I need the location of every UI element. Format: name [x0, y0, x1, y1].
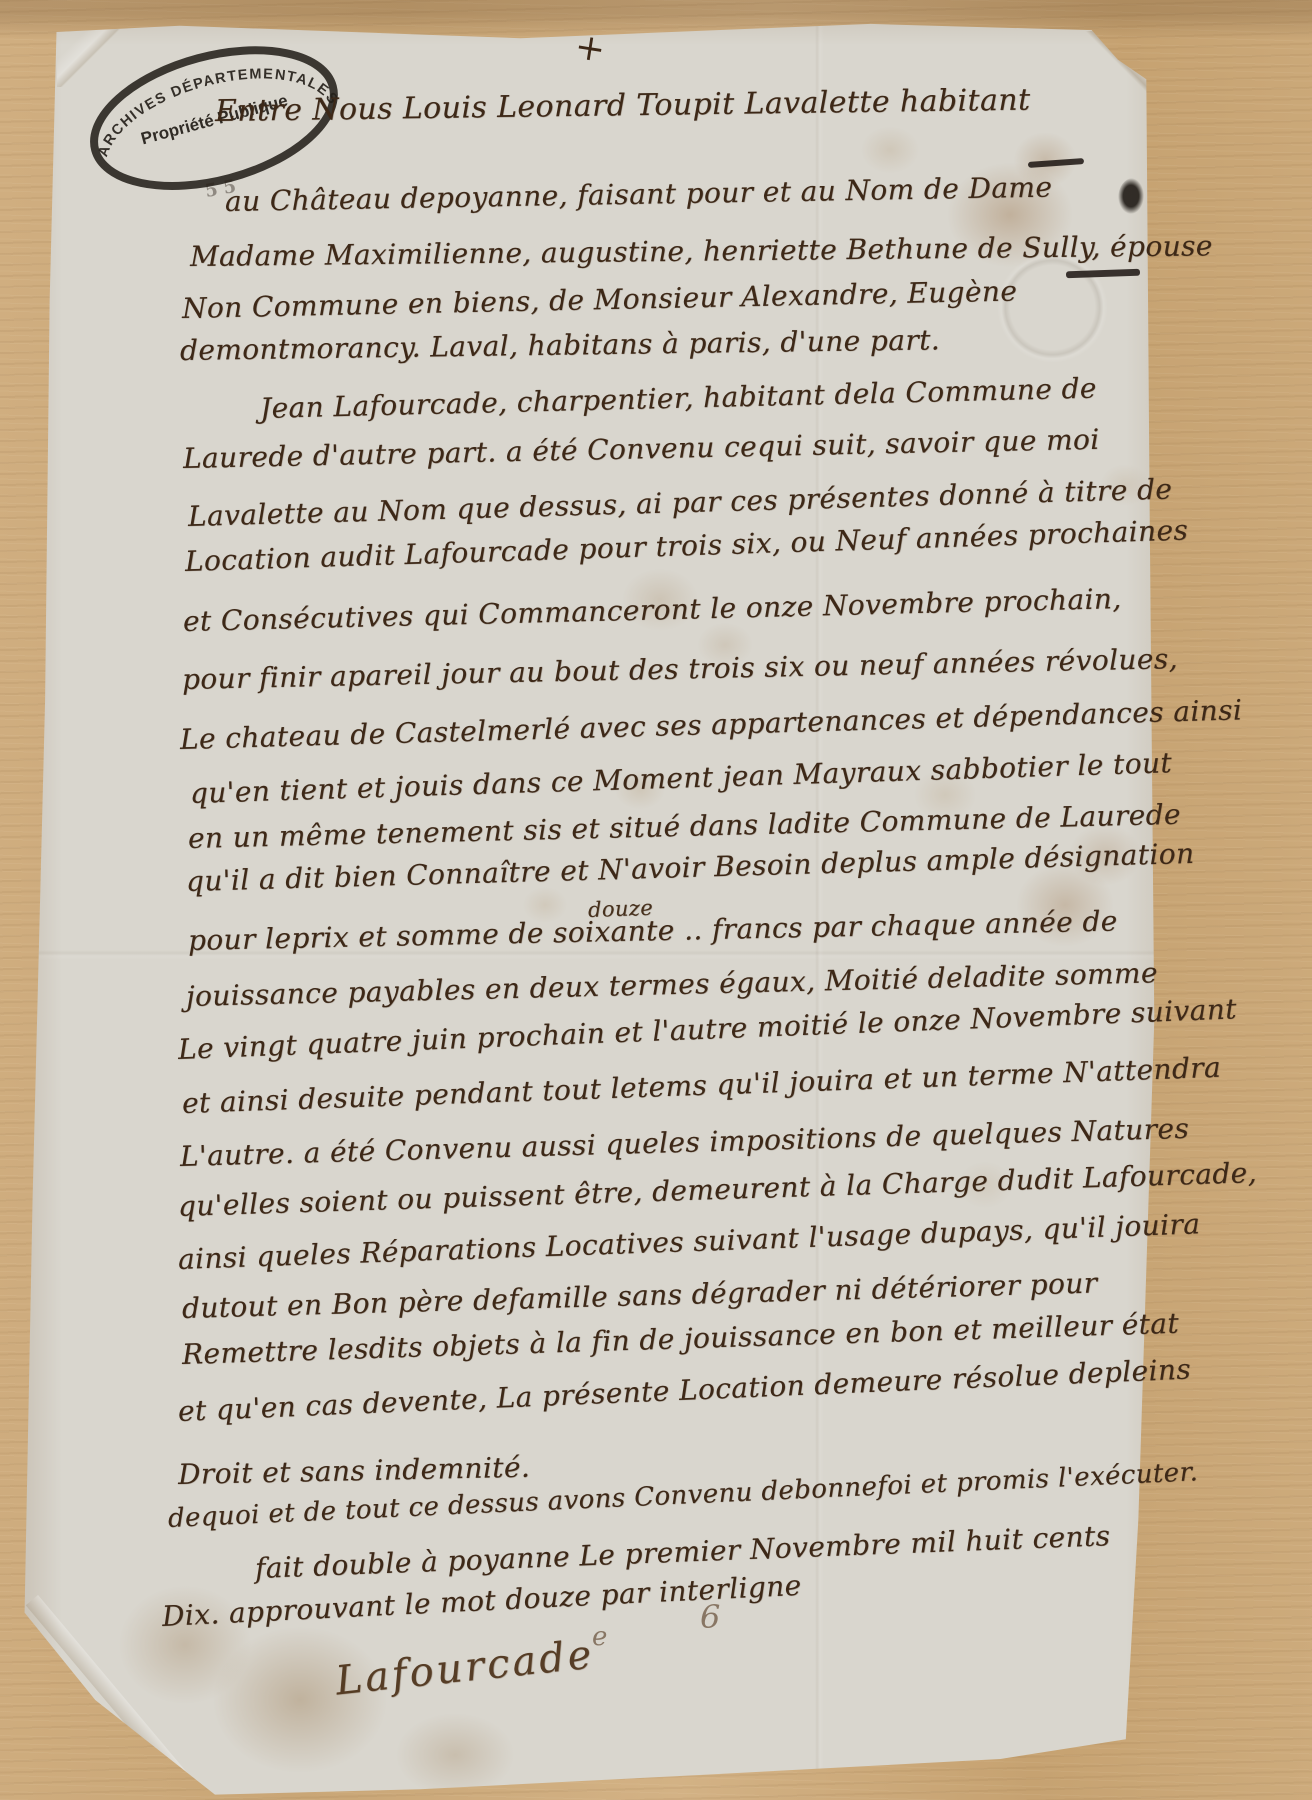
caret-mark: e: [592, 1622, 607, 1652]
paper-fold-top-right: [1082, 31, 1160, 97]
cross-mark: +: [572, 26, 608, 71]
caret-mark: 6: [700, 1598, 720, 1636]
photo-of-manuscript: ARCHIVES DÉPARTEMENTALES Propriété Publi…: [0, 0, 1312, 1800]
